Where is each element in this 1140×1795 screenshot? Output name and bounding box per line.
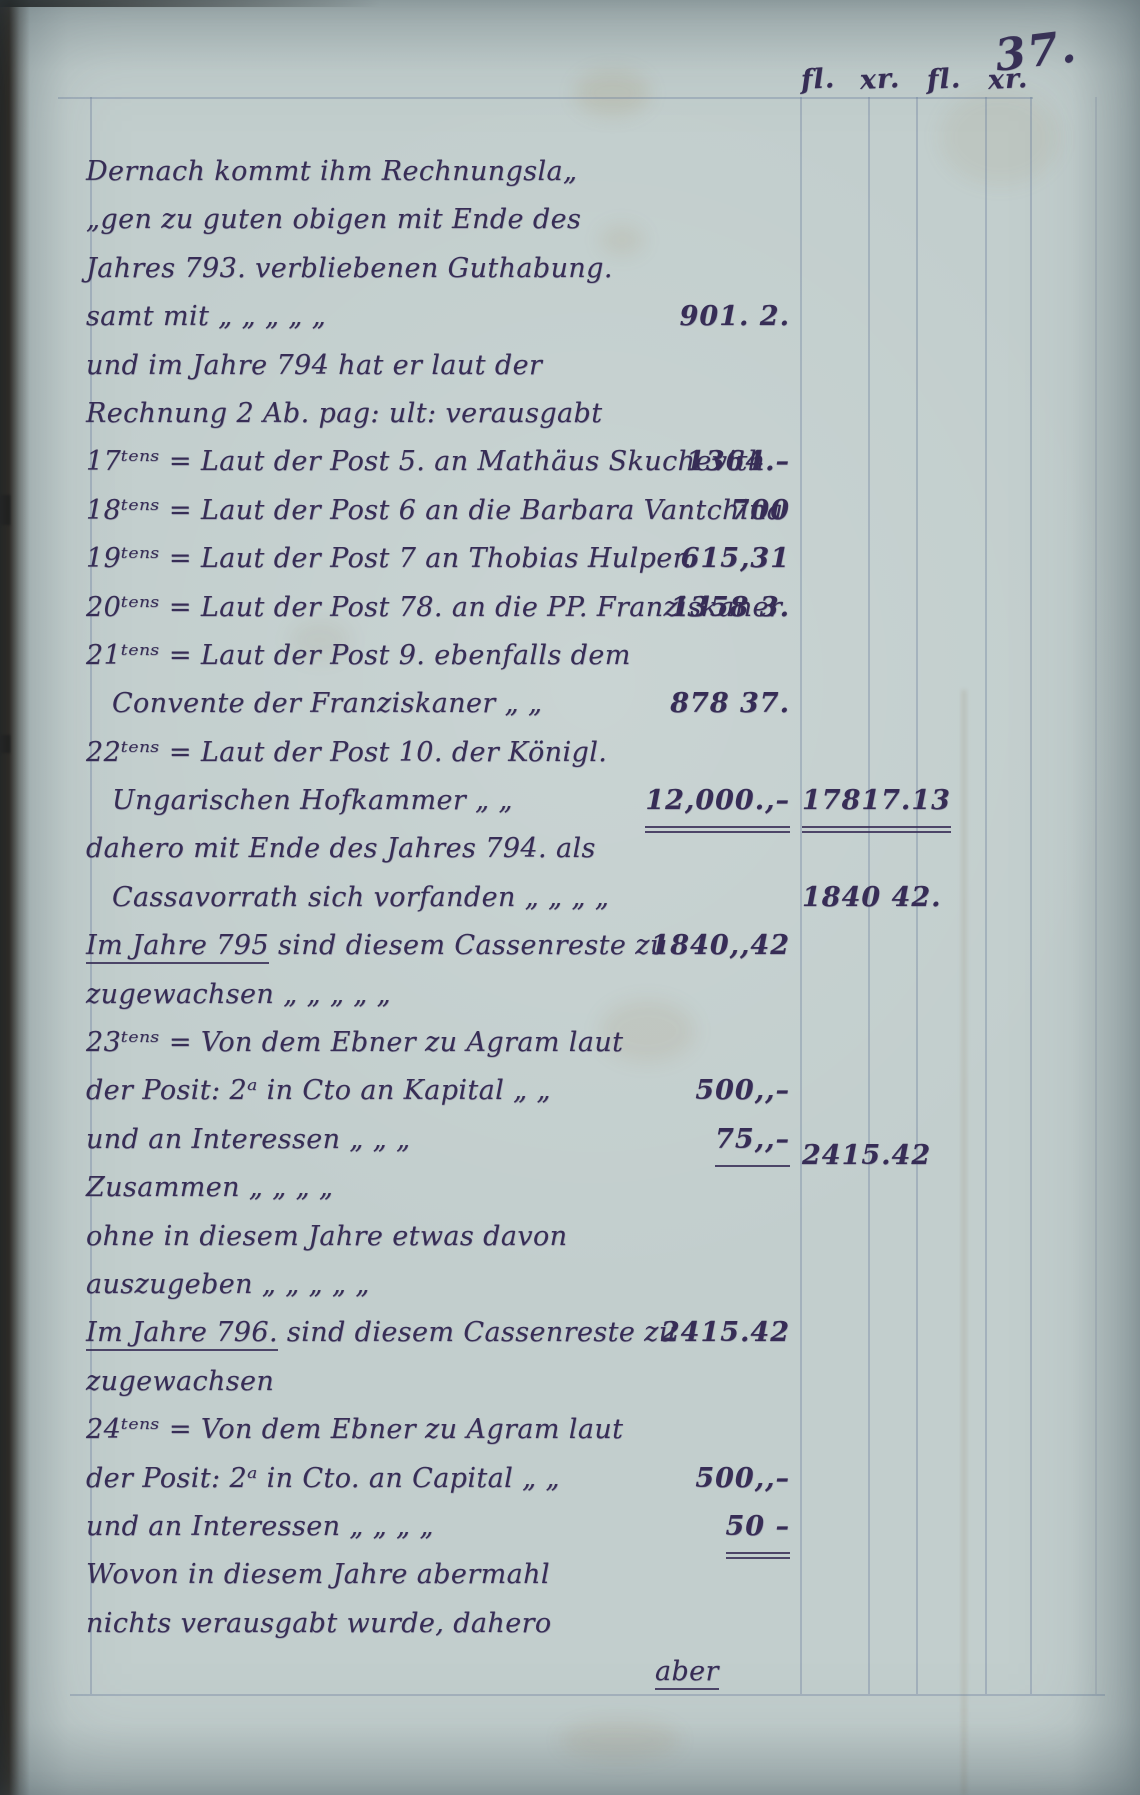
manuscript-text: 21ᵗᵉⁿˢ = Laut der Post 9. ebenfalls dem <box>86 640 631 671</box>
manuscript-text: dahero mit Ende des Jahres 794. als <box>86 833 596 864</box>
manuscript-text: Rechnung 2 Ab. pag: ult: verausgabt <box>86 398 602 429</box>
scanned-ledger-page: 37. fl. xr. fl. xr. Dernach kommt ihm Re… <box>0 0 1140 1795</box>
manuscript-line: auszugeben „ „ „ „ „ <box>78 1261 1090 1309</box>
column-header-xr-1: xr. <box>859 63 901 96</box>
manuscript-text: auszugeben „ „ „ „ „ <box>86 1269 370 1300</box>
manuscript-line: „gen zu guten obigen mit Ende des <box>78 196 1090 244</box>
manuscript-text: und an Interessen „ „ „ <box>86 1124 410 1155</box>
manuscript-text: ohne in diesem Jahre etwas davon <box>86 1221 567 1252</box>
manuscript-text: der Posit: 2ᵃ in Cto an Kapital „ „ <box>86 1075 551 1106</box>
page-top-edge-shadow <box>0 0 400 7</box>
manuscript-text: samt mit „ „ „ „ „ <box>86 301 326 332</box>
manuscript-lines: Dernach kommt ihm Rechnungsla„„gen zu gu… <box>78 148 1090 1697</box>
column-header-fl-1: fl. <box>800 63 836 96</box>
manuscript-line: Im Jahre 796. sind diesem Cassenreste zu… <box>78 1309 1090 1357</box>
manuscript-line: der Posit: 2ᵃ in Cto an Kapital „ „500,,… <box>78 1067 1090 1115</box>
manuscript-text: zugewachsen „ „ „ „ „ <box>86 979 391 1010</box>
manuscript-text: der Posit: 2ᵃ in Cto. an Capital „ „ <box>86 1463 560 1494</box>
manuscript-line: nichts verausgabt wurde, dahero <box>78 1600 1090 1648</box>
catchword-line: aber <box>78 1648 1090 1696</box>
amount-column-1: 1358 3. <box>670 584 790 632</box>
manuscript-text: zugewachsen <box>86 1366 274 1397</box>
manuscript-text: sind diesem Cassenreste zu <box>269 930 668 961</box>
amount-column-1: 700 <box>731 487 790 535</box>
manuscript-line: und an Interessen „ „ „75,,–2415.42 <box>78 1116 1090 1164</box>
manuscript-line: Rechnung 2 Ab. pag: ult: verausgabt <box>78 390 1090 438</box>
manuscript-text: und im Jahre 794 hat er laut der <box>86 350 542 381</box>
manuscript-text: nichts verausgabt wurde, dahero <box>86 1608 552 1639</box>
manuscript-text: Dernach kommt ihm Rechnungsla„ <box>86 156 577 187</box>
manuscript-line: 17ᵗᵉⁿˢ = Laut der Post 5. an Mathäus Sku… <box>78 438 1090 486</box>
book-binding-edge <box>0 0 30 1795</box>
manuscript-line: 22ᵗᵉⁿˢ = Laut der Post 10. der Königl. <box>78 729 1090 777</box>
manuscript-line: samt mit „ „ „ „ „901. 2. <box>78 293 1090 341</box>
column-header-fl-2: fl. <box>926 63 962 96</box>
amount-column-1: 75,,– <box>715 1116 790 1167</box>
manuscript-line: 19ᵗᵉⁿˢ = Laut der Post 7 an Thobias Hulp… <box>78 535 1090 583</box>
manuscript-line: ohne in diesem Jahre etwas davon <box>78 1213 1090 1261</box>
manuscript-line: und im Jahre 794 hat er laut der <box>78 342 1090 390</box>
manuscript-text: Ungarischen Hofkammer „ „ <box>112 785 513 816</box>
manuscript-text: 19ᵗᵉⁿˢ = Laut der Post 7 an Thobias Hulp… <box>86 543 692 574</box>
binding-shadow-mark <box>0 735 10 753</box>
binding-shadow-mark <box>0 495 10 525</box>
manuscript-line: zugewachsen „ „ „ „ „ <box>78 971 1090 1019</box>
manuscript-line: und an Interessen „ „ „ „50 – <box>78 1503 1090 1551</box>
manuscript-text: aber <box>655 1656 719 1690</box>
manuscript-line: dahero mit Ende des Jahres 794. als <box>78 825 1090 873</box>
manuscript-line: 23ᵗᵉⁿˢ = Von dem Ebner zu Agram laut <box>78 1019 1090 1067</box>
manuscript-line: Dernach kommt ihm Rechnungsla„ <box>78 148 1090 196</box>
manuscript-text: Wovon in diesem Jahre abermahl <box>86 1559 550 1590</box>
manuscript-line: 20ᵗᵉⁿˢ = Laut der Post 78. an die PP. Fr… <box>78 584 1090 632</box>
manuscript-text: sind diesem Cassenreste zu <box>278 1317 677 1348</box>
underlined-lead-text: Im Jahre 796. <box>86 1317 278 1351</box>
manuscript-line: zugewachsen <box>78 1358 1090 1406</box>
manuscript-text: Jahres 793. verbliebenen Guthabung. <box>86 253 613 284</box>
amount-column-1: 500,,– <box>695 1455 790 1503</box>
header-rule <box>58 97 1033 99</box>
manuscript-line: Cassavorrath sich vorfanden „ „ „ „1840 … <box>78 874 1090 922</box>
manuscript-text: und an Interessen „ „ „ „ <box>86 1511 434 1542</box>
manuscript-text: Cassavorrath sich vorfanden „ „ „ „ <box>112 882 609 913</box>
manuscript-line: Convente der Franziskaner „ „878 37. <box>78 680 1090 728</box>
column-header-xr-2: xr. <box>987 63 1029 96</box>
amount-column-1: 500,,– <box>695 1067 790 1115</box>
manuscript-text: 17ᵗᵉⁿˢ = Laut der Post 5. an Mathäus Sku… <box>86 446 766 477</box>
amount-column-1: 1364.– <box>686 438 790 486</box>
paper-stain <box>560 1720 680 1760</box>
amount-column-1: 901. 2. <box>680 293 790 341</box>
manuscript-line: 18ᵗᵉⁿˢ = Laut der Post 6 an die Barbara … <box>78 487 1090 535</box>
manuscript-text: 23ᵗᵉⁿˢ = Von dem Ebner zu Agram laut <box>86 1027 623 1058</box>
amount-column-2: 1840 42. <box>802 874 942 922</box>
manuscript-text: 22ᵗᵉⁿˢ = Laut der Post 10. der Königl. <box>86 737 607 768</box>
manuscript-line: 24ᵗᵉⁿˢ = Von dem Ebner zu Agram laut <box>78 1406 1090 1454</box>
manuscript-text: Zusammen „ „ „ „ <box>86 1172 333 1203</box>
manuscript-line: Wovon in diesem Jahre abermahl <box>78 1551 1090 1599</box>
manuscript-line: der Posit: 2ᵃ in Cto. an Capital „ „500,… <box>78 1455 1090 1503</box>
manuscript-line: Jahres 793. verbliebenen Guthabung. <box>78 245 1090 293</box>
manuscript-text: 24ᵗᵉⁿˢ = Von dem Ebner zu Agram laut <box>86 1414 623 1445</box>
amount-column-1: 1840,,42 <box>650 922 790 970</box>
manuscript-line: Ungarischen Hofkammer „ „12,000.,–17817.… <box>78 777 1090 825</box>
paper-stain <box>575 70 650 116</box>
manuscript-text: Convente der Franziskaner „ „ <box>112 688 542 719</box>
manuscript-line: Im Jahre 795 sind diesem Cassenreste zu1… <box>78 922 1090 970</box>
manuscript-line: Zusammen „ „ „ „ <box>78 1164 1090 1212</box>
underlined-lead-text: Im Jahre 795 <box>86 930 269 964</box>
manuscript-line: 21ᵗᵉⁿˢ = Laut der Post 9. ebenfalls dem <box>78 632 1090 680</box>
amount-column-1: 615,31 <box>681 535 790 583</box>
manuscript-text: 18ᵗᵉⁿˢ = Laut der Post 6 an die Barbara … <box>86 495 783 526</box>
manuscript-text: „gen zu guten obigen mit Ende des <box>86 204 581 235</box>
amount-column-1: 2415.42 <box>661 1309 790 1357</box>
column-rule-faint <box>1095 97 1097 1694</box>
amount-column-1: 878 37. <box>670 680 790 728</box>
